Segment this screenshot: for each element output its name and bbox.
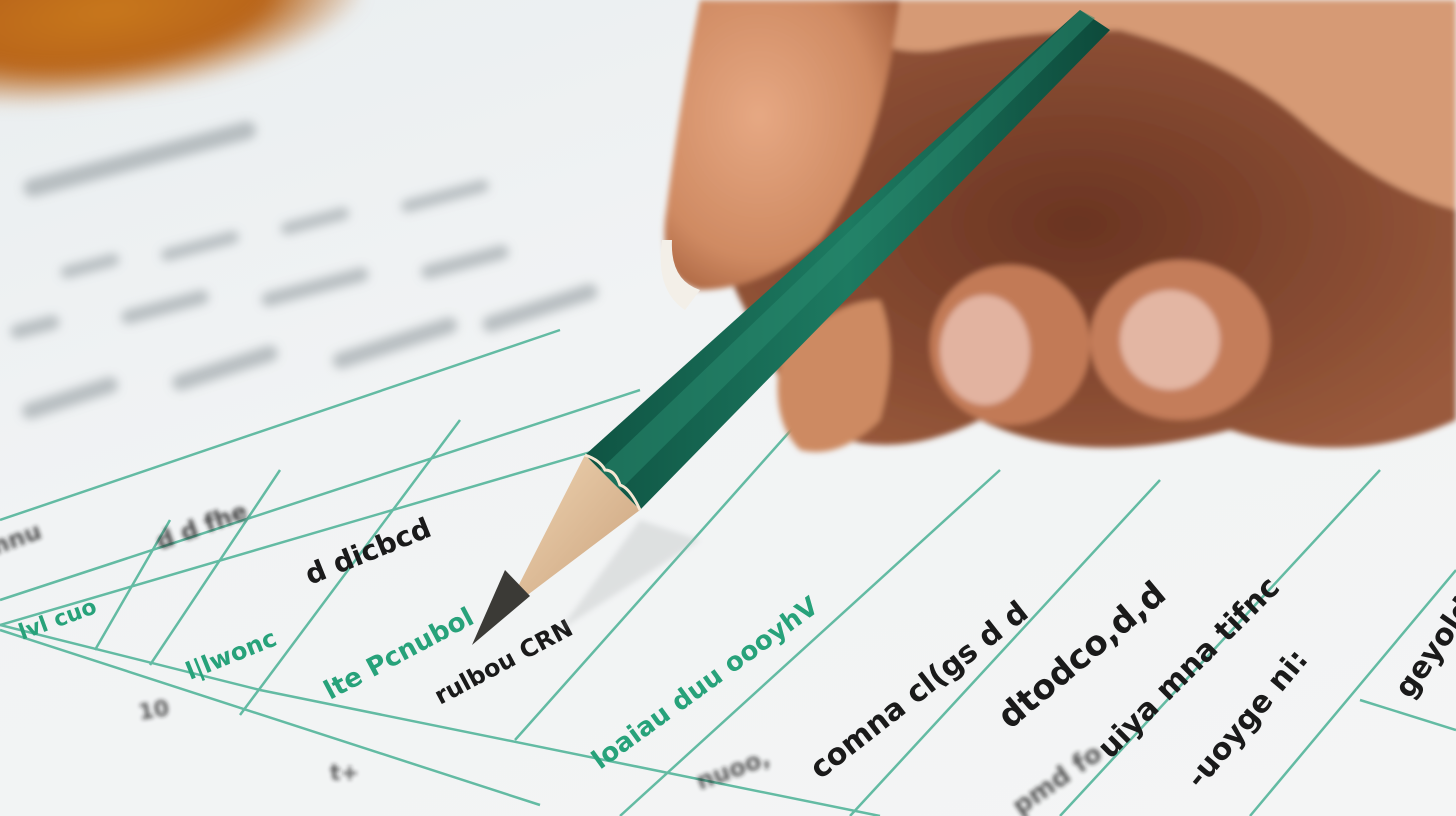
- black-text-7: geyold: [1388, 591, 1456, 704]
- black-text-1: d dicbcd: [300, 511, 435, 591]
- black-text-3: comna cl(gs d d: [803, 595, 1035, 787]
- teal-text-1: lvl cuo: [16, 594, 101, 645]
- svg-text:10: 10: [137, 696, 172, 726]
- svg-text:d d fhe: d d fhe: [152, 497, 251, 556]
- form-sheet: lvl cuo l|lwonc lte Pcnubol loaiau duu o…: [0, 0, 1456, 816]
- teal-text-2: l|lwonc: [182, 624, 281, 686]
- photo-scene: lvl cuo l|lwonc lte Pcnubol loaiau duu o…: [0, 0, 1456, 816]
- svg-text:hnu: hnu: [0, 517, 45, 561]
- svg-text:nuoo,: nuoo,: [692, 743, 773, 795]
- blurred-text-far: [9, 119, 599, 421]
- svg-text:t+: t+: [330, 761, 359, 786]
